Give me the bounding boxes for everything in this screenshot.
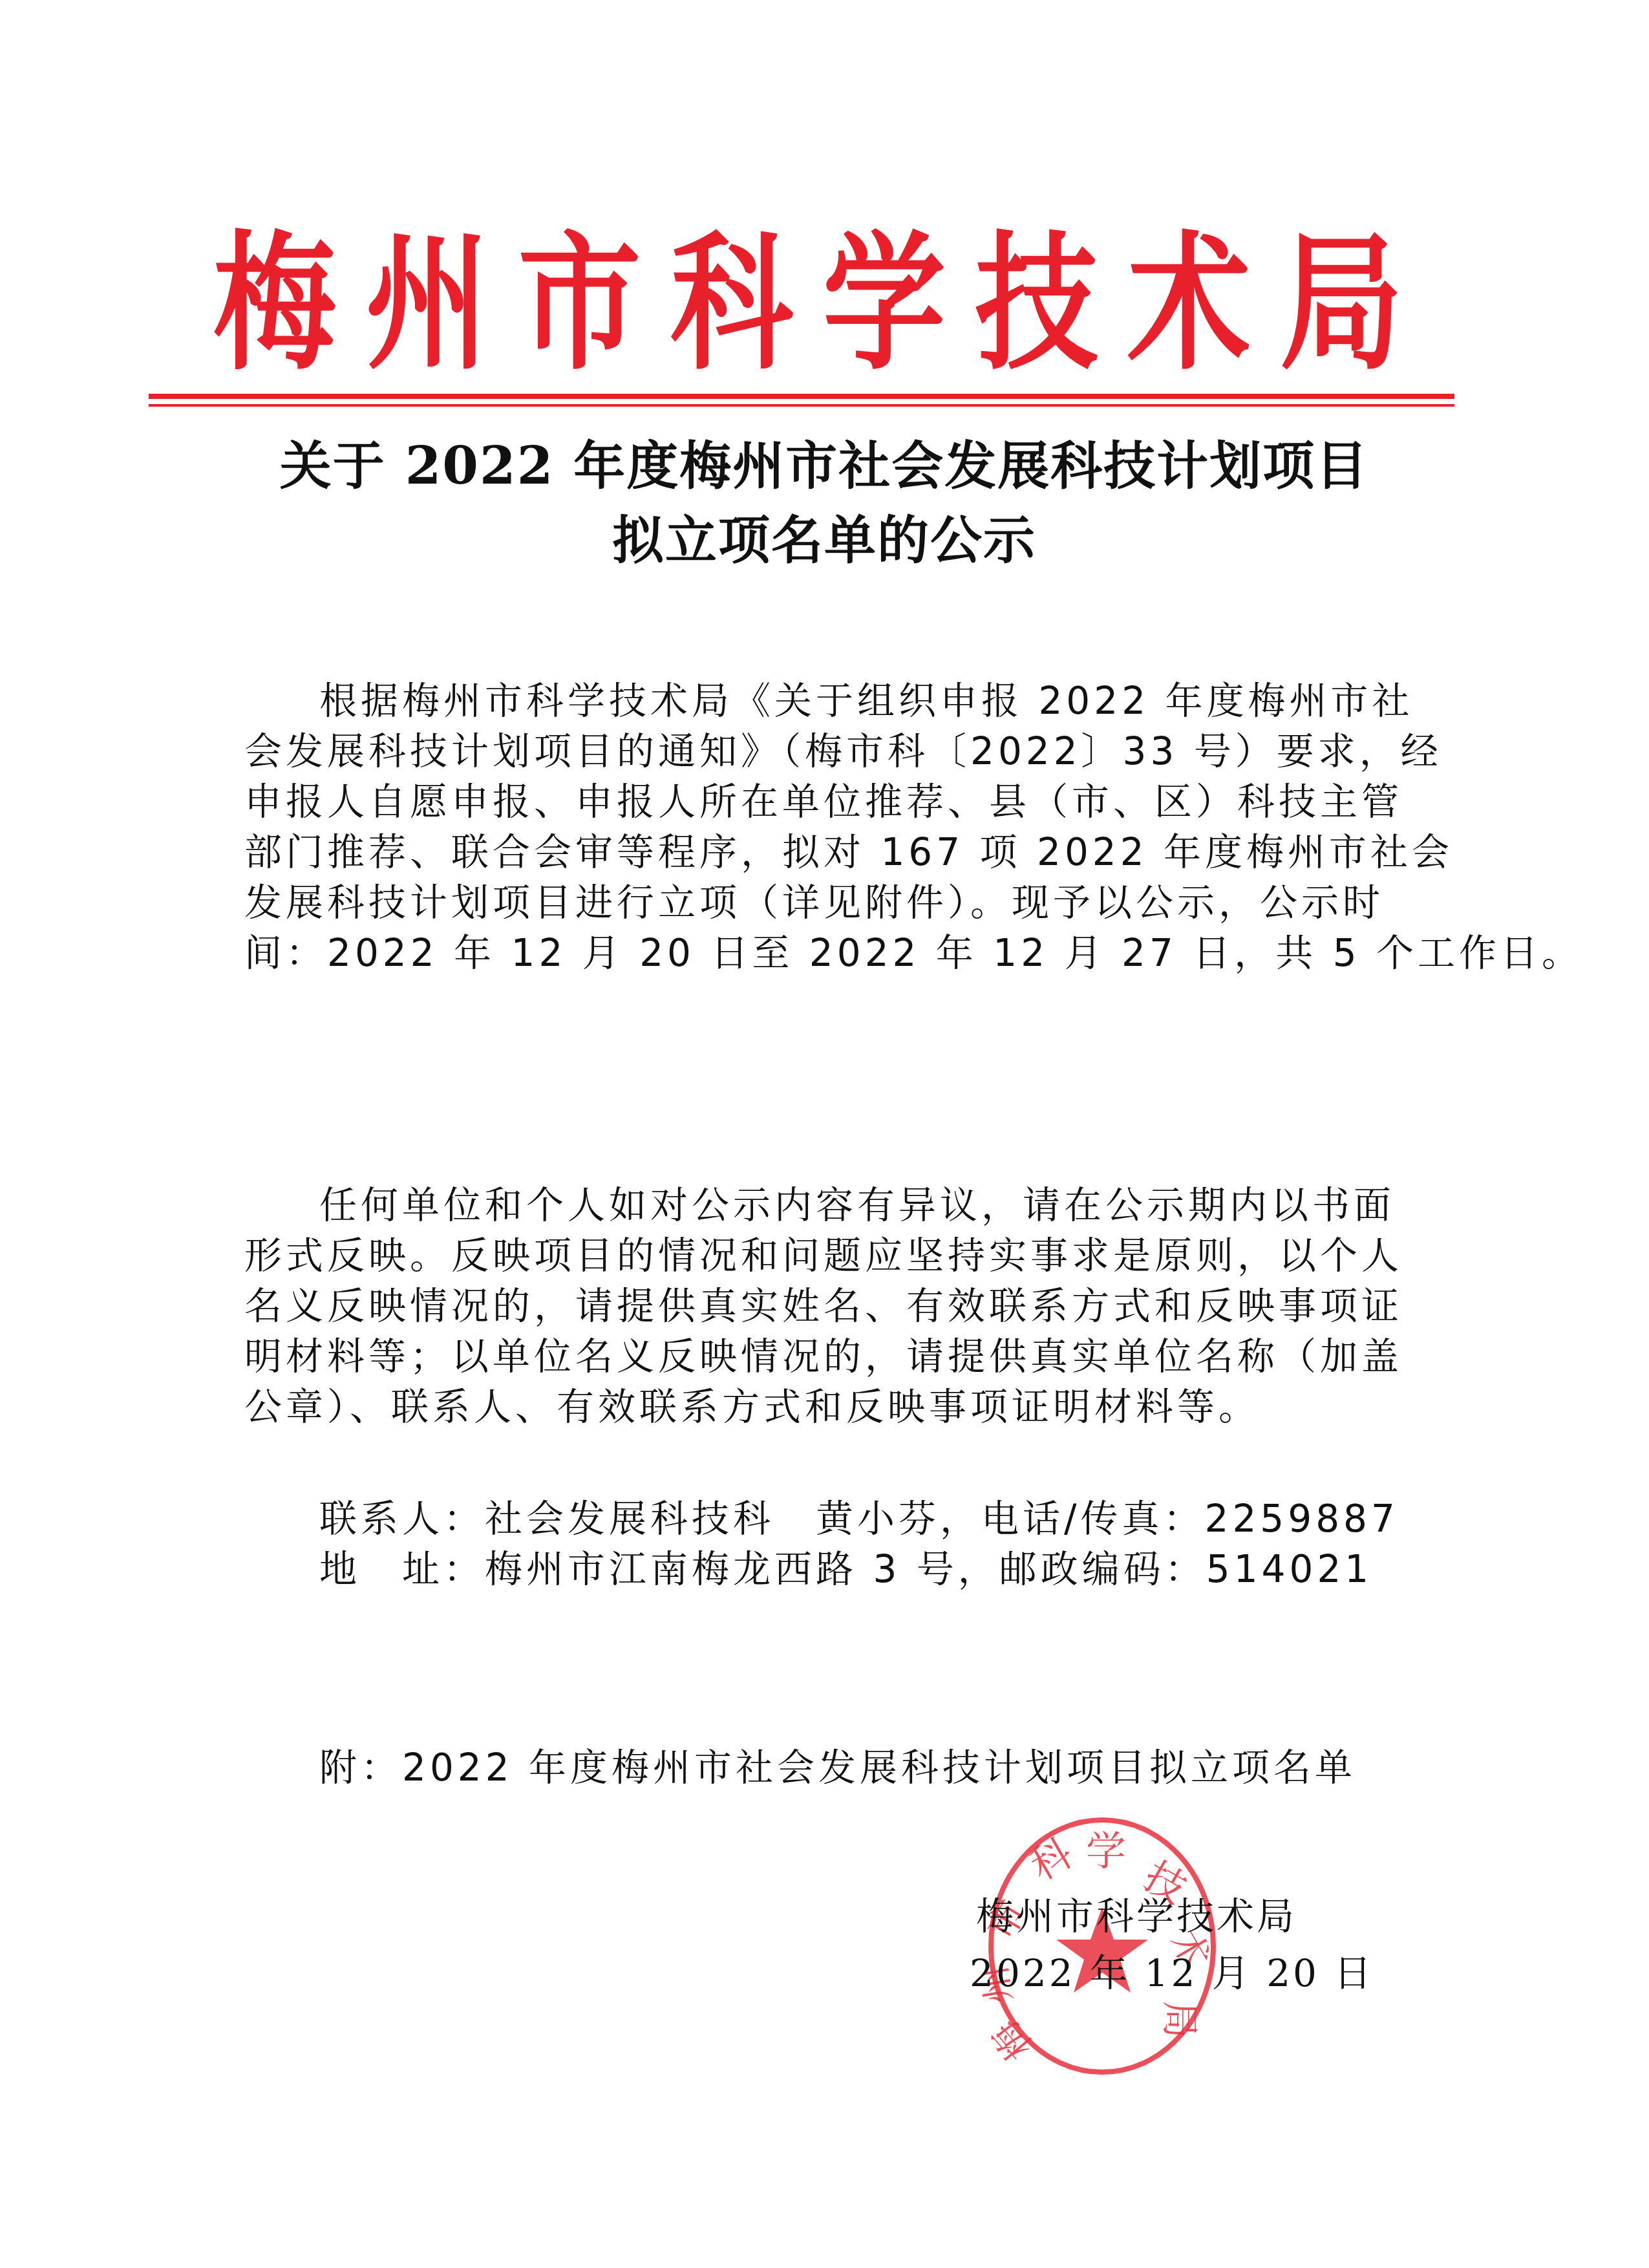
document-title-line-1: 关于 2022 年度梅州市社会发展科技计划项目 [194,440,1454,491]
letterhead-char: 技 [975,230,1098,378]
paragraph-line: 公章）、联系人、有效联系方式和反映事项证明材料等。 [244,1382,1427,1432]
paragraph-line: 部门推荐、联合会审等程序，拟对 167 项 2022 年度梅州市社会 [244,827,1427,877]
svg-text:局: 局 [1158,2001,1202,2038]
paragraph-line: 明材料等；以单位名义反映情况的，请提供真实单位名称（加盖 [244,1331,1427,1382]
signature-date: 2022 年 12 月 20 日 [970,1945,1374,2002]
letterhead-char: 术 [1127,230,1250,378]
signature-organization: 梅州市科学技术局 [970,1888,1374,1945]
attachment-label: 附：2022 年度梅州市社会发展科技计划项目拟立项名单 [244,1742,1427,1793]
letterhead-char: 科 [670,230,793,378]
svg-text:梅: 梅 [983,2012,1041,2069]
signature-block: 梅州市科学技术局 2022 年 12 月 20 日 [970,1888,1374,2002]
paragraph-line: 间：2022 年 12 月 20 日至 2022 年 12 月 27 日，共 5… [244,928,1427,978]
document-page: 梅 州 市 科 学 技 术 局 关于 2022 年度梅州市社会发展科技计划项目 … [0,0,1649,2268]
letterhead-char: 市 [518,230,641,378]
document-title-line-2: 拟立项名单的公示 [194,514,1454,566]
attachment-note: 附：2022 年度梅州市社会发展科技计划项目拟立项名单 [244,1742,1427,1793]
svg-text:学: 学 [1086,1828,1126,1875]
letterhead-rule-thick [149,394,1454,399]
paragraph-line: 申报人自愿申报、申报人所在单位推荐、县（市、区）科技主管 [244,776,1427,827]
letterhead-char: 学 [823,230,946,378]
contact-person: 联系人：社会发展科技科 黄小芬，电话/传真：2259887 [244,1493,1427,1544]
paragraph-line: 名义反映情况的，请提供真实姓名、有效联系方式和反映事项证 [244,1281,1427,1331]
contact-address: 地 址：梅州市江南梅龙西路 3 号，邮政编码：514021 [244,1544,1427,1594]
paragraph-line: 会发展科技计划项目的通知》（梅市科〔2022〕33 号）要求，经 [244,726,1427,776]
letterhead-rule-thin [149,404,1454,407]
paragraph-line: 根据梅州市科学技术局《关于组织申报 2022 年度梅州市社 [244,676,1427,726]
svg-text:科: 科 [1022,1829,1080,1890]
paragraph-announcement: 根据梅州市科学技术局《关于组织申报 2022 年度梅州市社 会发展科技计划项目的… [244,676,1427,978]
letterhead-char: 州 [366,230,489,378]
paragraph-line: 发展科技计划项目进行立项（详见附件）。现予以公示，公示时 [244,877,1427,928]
letterhead-char: 局 [1280,230,1403,378]
contact-info: 联系人：社会发展科技科 黄小芬，电话/传真：2259887 地 址：梅州市江南梅… [244,1493,1427,1594]
paragraph-line: 任何单位和个人如对公示内容有异议，请在公示期内以书面 [244,1180,1427,1230]
letterhead-char: 梅 [213,230,336,378]
paragraph-objection-instructions: 任何单位和个人如对公示内容有异议，请在公示期内以书面 形式反映。反映项目的情况和… [244,1180,1427,1432]
letterhead-title: 梅 州 市 科 学 技 术 局 [213,239,1403,369]
paragraph-line: 形式反映。反映项目的情况和问题应坚持实事求是原则，以个人 [244,1230,1427,1281]
